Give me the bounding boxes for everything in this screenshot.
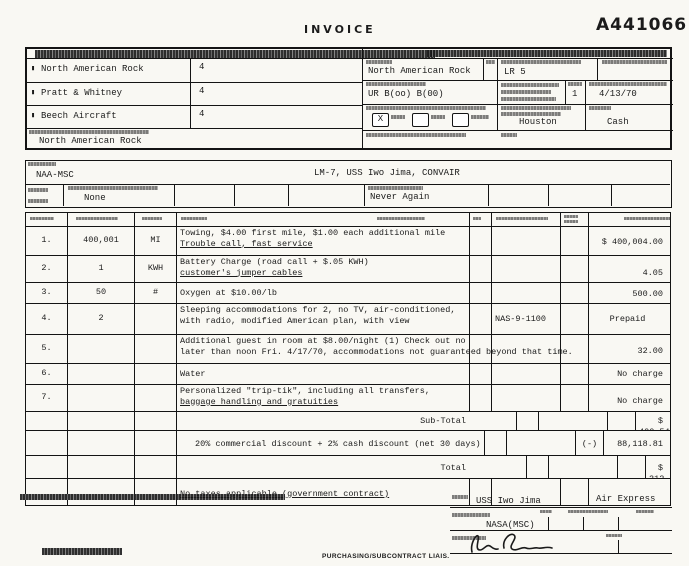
item-u [470,364,492,384]
table-row: 5. Additional guest in room at $8.00/nig… [26,335,670,364]
illegible-label [366,106,486,110]
fob-value: Houston [519,117,557,128]
divider [364,184,365,206]
empty-cell [135,456,177,478]
inspection-checkbox-checked: X [372,113,389,127]
item-acct [492,364,561,384]
item-qty [68,385,135,411]
invoice-seq-value: 1 [572,89,577,100]
divider [585,80,586,104]
col-header-unit-price [624,217,670,220]
divider [27,128,362,129]
item-desc-line1: Personalized "trip-tik", including all t… [180,386,430,396]
table-header-row [26,213,670,227]
entry-mark-icon: ▮ [31,111,35,122]
empty-cell [68,479,135,505]
divider [497,104,498,130]
col-header-quantity [76,217,118,220]
total-label: Total [440,463,466,473]
sold-to-value: North American Rock [368,66,471,77]
col-header-description [377,217,425,220]
item-tax [561,256,589,282]
item-qty: 1 [68,256,135,282]
footer-caption: PURCHASING/SUBCONTRACT LIAIS. [322,551,450,562]
item-no: 5. [26,335,68,363]
item-desc-line2: Trouble call, fast service [180,239,313,249]
divider [548,184,549,206]
item-no: 1. [26,227,68,255]
divider [362,58,673,59]
item-u [470,283,492,303]
contract-no-value: UR B(oo) B(00) [368,89,444,100]
item-qty: 2 [68,304,135,334]
item-tax [561,364,589,384]
illegible-label [501,106,571,110]
item-tax [561,304,589,334]
subtotal-value: $ 400,540.05 [636,412,670,430]
page-title: INVOICE [304,24,376,35]
item-acct [492,256,561,282]
empty-cell [608,412,636,430]
ship-to-value: NAA-MSC [36,170,74,181]
illegible-label [501,133,517,137]
divider [190,58,191,128]
empty-cell [68,456,135,478]
divider [26,184,670,185]
illegible-form-number [42,548,122,555]
illegible-label [68,186,158,190]
illegible-label [501,112,561,116]
discount-sign: (-) [576,431,604,455]
divider [27,82,362,83]
item-u [470,256,492,282]
item-desc-line1: Battery Charge (road call + $.05 KWH) [180,257,369,267]
item-desc-line2: customer's jumper cables [180,268,302,278]
empty-cell [485,431,507,455]
table-row: 1. 400,001 MI Towing, $4.00 first mile, … [26,227,670,256]
divider [483,58,484,80]
customer-qty-1: 4 [199,62,204,73]
divider [27,58,362,59]
illegible-label [28,162,56,166]
item-acct: NAS-9-1100 [492,304,561,334]
divider [63,184,64,206]
illegible-label [431,115,445,119]
item-desc-line2: baggage handling and gratuities [180,397,338,407]
col-header-u [473,217,481,220]
item-qty: 400,001 [68,227,135,255]
empty-cell [68,412,135,430]
illegible-label [589,82,667,86]
item-acct [492,385,561,411]
item-price: No charge [589,364,670,384]
empty-cell [68,431,135,455]
empty-cell [539,412,608,430]
col-header-part-no [181,217,207,220]
empty-cell [26,431,68,455]
illegible-label [452,513,490,517]
table-row: 7. Personalized "trip-tik", including al… [26,385,670,412]
terms-value: Cash [607,117,629,128]
illegible-label [471,115,489,119]
inspection-checkbox-3 [452,113,469,127]
illegible-label [606,534,622,537]
underline [450,541,672,554]
invoice-date-value: 4/13/70 [599,89,637,100]
sales-program-value: Never Again [370,192,429,203]
item-u [470,227,492,255]
divider [497,58,498,80]
delivery-required-value: None [84,193,106,204]
divider [497,80,498,104]
customer-qty-2: 4 [199,86,204,97]
item-tax [561,385,589,411]
illegible-label [589,106,611,110]
empty-cell [26,456,68,478]
illegible-header-strip [35,50,435,58]
illegible-label [540,510,552,513]
item-unit [135,364,177,384]
empty-cell [135,431,177,455]
illegible-footer-caption [20,494,285,500]
header-box: ▮ North American Rock 4 ▮ Pratt & Whitne… [25,47,672,150]
illegible-label [636,510,654,513]
table-row: 2. 1 KWH Battery Charge (road call + $.0… [26,256,670,283]
empty-cell [26,412,68,430]
illegible-label [366,133,466,137]
divider [585,104,586,130]
item-desc-line1: Towing, $4.00 first mile, $1.00 each add… [180,228,445,238]
invoice-number: A441066 [596,20,687,31]
item-acct [492,227,561,255]
entry-mark-icon: ▮ [31,64,35,75]
item-qty [68,335,135,363]
item-price: 32.00 [589,335,670,363]
subtotal-label: Sub-Total [420,416,466,426]
item-unit [135,385,177,411]
illegible-label [368,186,423,190]
item-desc-line1: Additional guest in room at $8.00/night … [180,336,466,346]
item-u [470,385,492,411]
col-header-tax [564,215,578,218]
table-row: 6. Water No charge [26,364,670,385]
empty-cell [26,479,68,505]
empty-cell [527,456,549,478]
divider [597,58,598,80]
entry-mark-icon: ▮ [31,88,35,99]
divider [362,49,363,148]
divider [362,80,673,81]
illegible-label [602,60,667,64]
item-no: 2. [26,256,68,282]
item-price: $ 400,004.00 [589,227,670,255]
item-tax [561,283,589,303]
item-unit: MI [135,227,177,255]
discount-row: 20% commercial discount + 2% cash discou… [26,431,670,456]
item-acct [492,283,561,303]
divider [362,130,673,131]
table-row: 4. 2 Sleeping accommodations for 2, no T… [26,304,670,335]
item-qty [68,364,135,384]
item-tax [561,227,589,255]
discount-value: 88,118.81 [604,431,670,455]
col-header-unit [142,217,162,220]
illegible-label [501,60,581,64]
total-row: Total $ 312,421.24 [26,456,670,479]
discount-label: 20% commercial discount + 2% cash discou… [195,439,481,449]
table-row: 3. 50 # Oxygen at $10.00/lb 500.00 [26,283,670,304]
underline [450,495,672,508]
item-unit: KWH [135,256,177,282]
empty-cell [135,412,177,430]
customer-name-1: North American Rock [41,64,144,75]
shipping-box: NAA-MSC LM-7, USS Iwo Jima, CONVAIR None… [25,160,672,208]
item-no: 7. [26,385,68,411]
divider [565,80,566,104]
item-desc-line1: Oxygen at $10.00/lb [180,288,277,298]
item-unit [135,304,177,334]
illegible-label [501,97,556,101]
col-header-tax2 [564,220,578,223]
item-price: 500.00 [589,283,670,303]
customer-name-3: Beech Aircraft [41,111,117,122]
item-unit: # [135,283,177,303]
subtotal-row: Sub-Total $ 400,540.05 [26,412,670,431]
item-qty: 50 [68,283,135,303]
item-desc-line1: Sleeping accommodations for 2, no TV, ai… [180,305,455,315]
divider [234,184,235,206]
illegible-label [366,60,392,64]
item-u [470,304,492,334]
total-value: $ 312,421.24 [646,456,670,478]
line-item-table: 1. 400,001 MI Towing, $4.00 first mile, … [25,212,671,506]
item-no: 6. [26,364,68,384]
empty-cell [517,412,539,430]
item-desc-line2: later than noon Fri. 4/17/70, accommodat… [180,347,573,357]
customer-name-2: Pratt & Whitney [41,88,122,99]
illegible-label [486,60,495,64]
item-price: 4.05 [589,256,670,282]
customer-qty-3: 4 [199,109,204,120]
illegible-label [391,115,405,119]
item-price: No charge [589,385,670,411]
illegible-label [366,82,426,86]
empty-cell [507,431,576,455]
illegible-label [568,510,608,513]
item-no: 3. [26,283,68,303]
item-no: 4. [26,304,68,334]
item-desc-line2: with radio, modified American plan, with… [180,316,410,326]
illegible-header-strip [427,50,667,57]
illegible-label [501,83,559,87]
item-unit [135,335,177,363]
col-header-item-no [30,217,54,220]
empty-cell [549,456,618,478]
ship-via-line: LM-7, USS Iwo Jima, CONVAIR [314,168,460,179]
divider [611,184,612,206]
empty-cell [618,456,646,478]
col-header-acct-no [496,217,548,220]
item-desc-line1: Water [180,369,206,379]
illegible-label [501,90,551,94]
divider [288,184,289,206]
illegible-label [29,130,149,134]
item-price: Prepaid [589,304,670,334]
customer-acct-value: LR 5 [504,67,526,78]
divider [27,105,362,106]
illegible-label [28,188,48,192]
scanned-invoice-page: INVOICE A441066 ▮ North American Rock 4 … [0,0,689,566]
header-bottom-name: North American Rock [39,136,142,147]
empty-cell [135,479,177,505]
illegible-label [568,82,582,86]
inspection-checkbox-2 [412,113,429,127]
divider [362,104,673,105]
illegible-label [28,199,48,203]
divider [174,184,175,206]
divider [488,184,489,206]
